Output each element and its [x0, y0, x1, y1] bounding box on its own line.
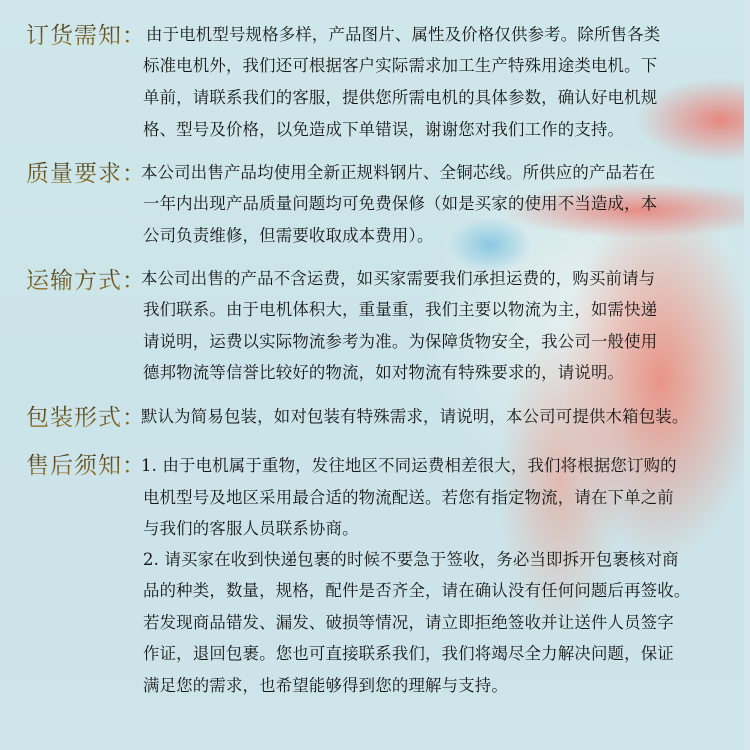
paragraph-line: 一年内出现产品质量问题均可免费保修（如是买家的使用不当造成，本 — [143, 190, 657, 214]
paragraph-line: 请说明，运费以实际物流参考为准。为保障货物安全，我公司一般使用 — [143, 328, 657, 352]
paragraph-line: 我们联系。由于电机体积大，重量重，我们主要以物流为主，如需快递 — [143, 296, 657, 320]
paragraph-line: 德邦物流等信誉比较好的物流，如对物流有特殊要求的，请说明。 — [143, 359, 624, 383]
paragraph-line: 若发现商品错发、漏发、破损等情况，请立即拒绝签收并让送件人员签字 — [143, 609, 674, 633]
paragraph-line: 由于电机型号规格多样，产品图片、属性及价格仅供参考。除所售各类 — [146, 21, 660, 45]
right-edge-strip — [744, 0, 750, 750]
paragraph-line: 标准电机外，我们还可根据客户实际需求加工生产特殊用途类电机。下 — [143, 52, 657, 76]
section-heading: 包装形式： — [26, 399, 146, 432]
paragraph-line: 单前，请联系我们的客服，提供您所需电机的具体参数，确认好电机规 — [143, 84, 657, 108]
paragraph-line: 与我们的客服人员联系协商。 — [143, 515, 359, 539]
paragraph-line: 满足您的需求，也希望能够得到您的理解与支持。 — [143, 672, 508, 696]
paragraph-line: 本公司出售产品均使用全新正规料钢片、全铜芯线。所供应的产品若在 — [141, 159, 655, 183]
paragraph-line: 默认为简易包装，如对包装有特殊需求，请说明，本公司可提供木箱包装。 — [141, 403, 689, 427]
section-heading: 售后须知： — [26, 447, 146, 480]
paragraph-line: 品的种类，数量，规格，配件是否齐全，请在确认没有任何问题后再签收。 — [143, 577, 691, 601]
paragraph-line: 格、型号及价格，以免造成下单错误，谢谢您对我们工作的支持。 — [143, 116, 624, 140]
section-heading: 运输方式： — [26, 262, 146, 295]
paragraph-line: 2. 请买家在收到快递包裹的时候不要急于签收，务必当即拆开包裹核对商 — [143, 546, 679, 570]
section-heading: 订货需知： — [26, 17, 146, 50]
paragraph-line: 1. 由于电机属于重物，发往地区不同运费相差很大，我们将根据您订购的 — [141, 452, 677, 476]
paragraph-line: 作证，退回包裹。您也可直接联系我们，我们将竭尽全力解决问题，保证 — [143, 640, 674, 664]
paragraph-line: 公司负责维修，但需要收取成本费用）。 — [143, 222, 433, 246]
paragraph-line: 本公司出售的产品不含运费，如买家需要我们承担运费的，购买前请与 — [141, 265, 655, 289]
paragraph-line: 电机型号及地区采用最合适的物流配送。若您有指定物流，请在下单之前 — [143, 484, 674, 508]
section-heading: 质量要求： — [26, 155, 146, 188]
